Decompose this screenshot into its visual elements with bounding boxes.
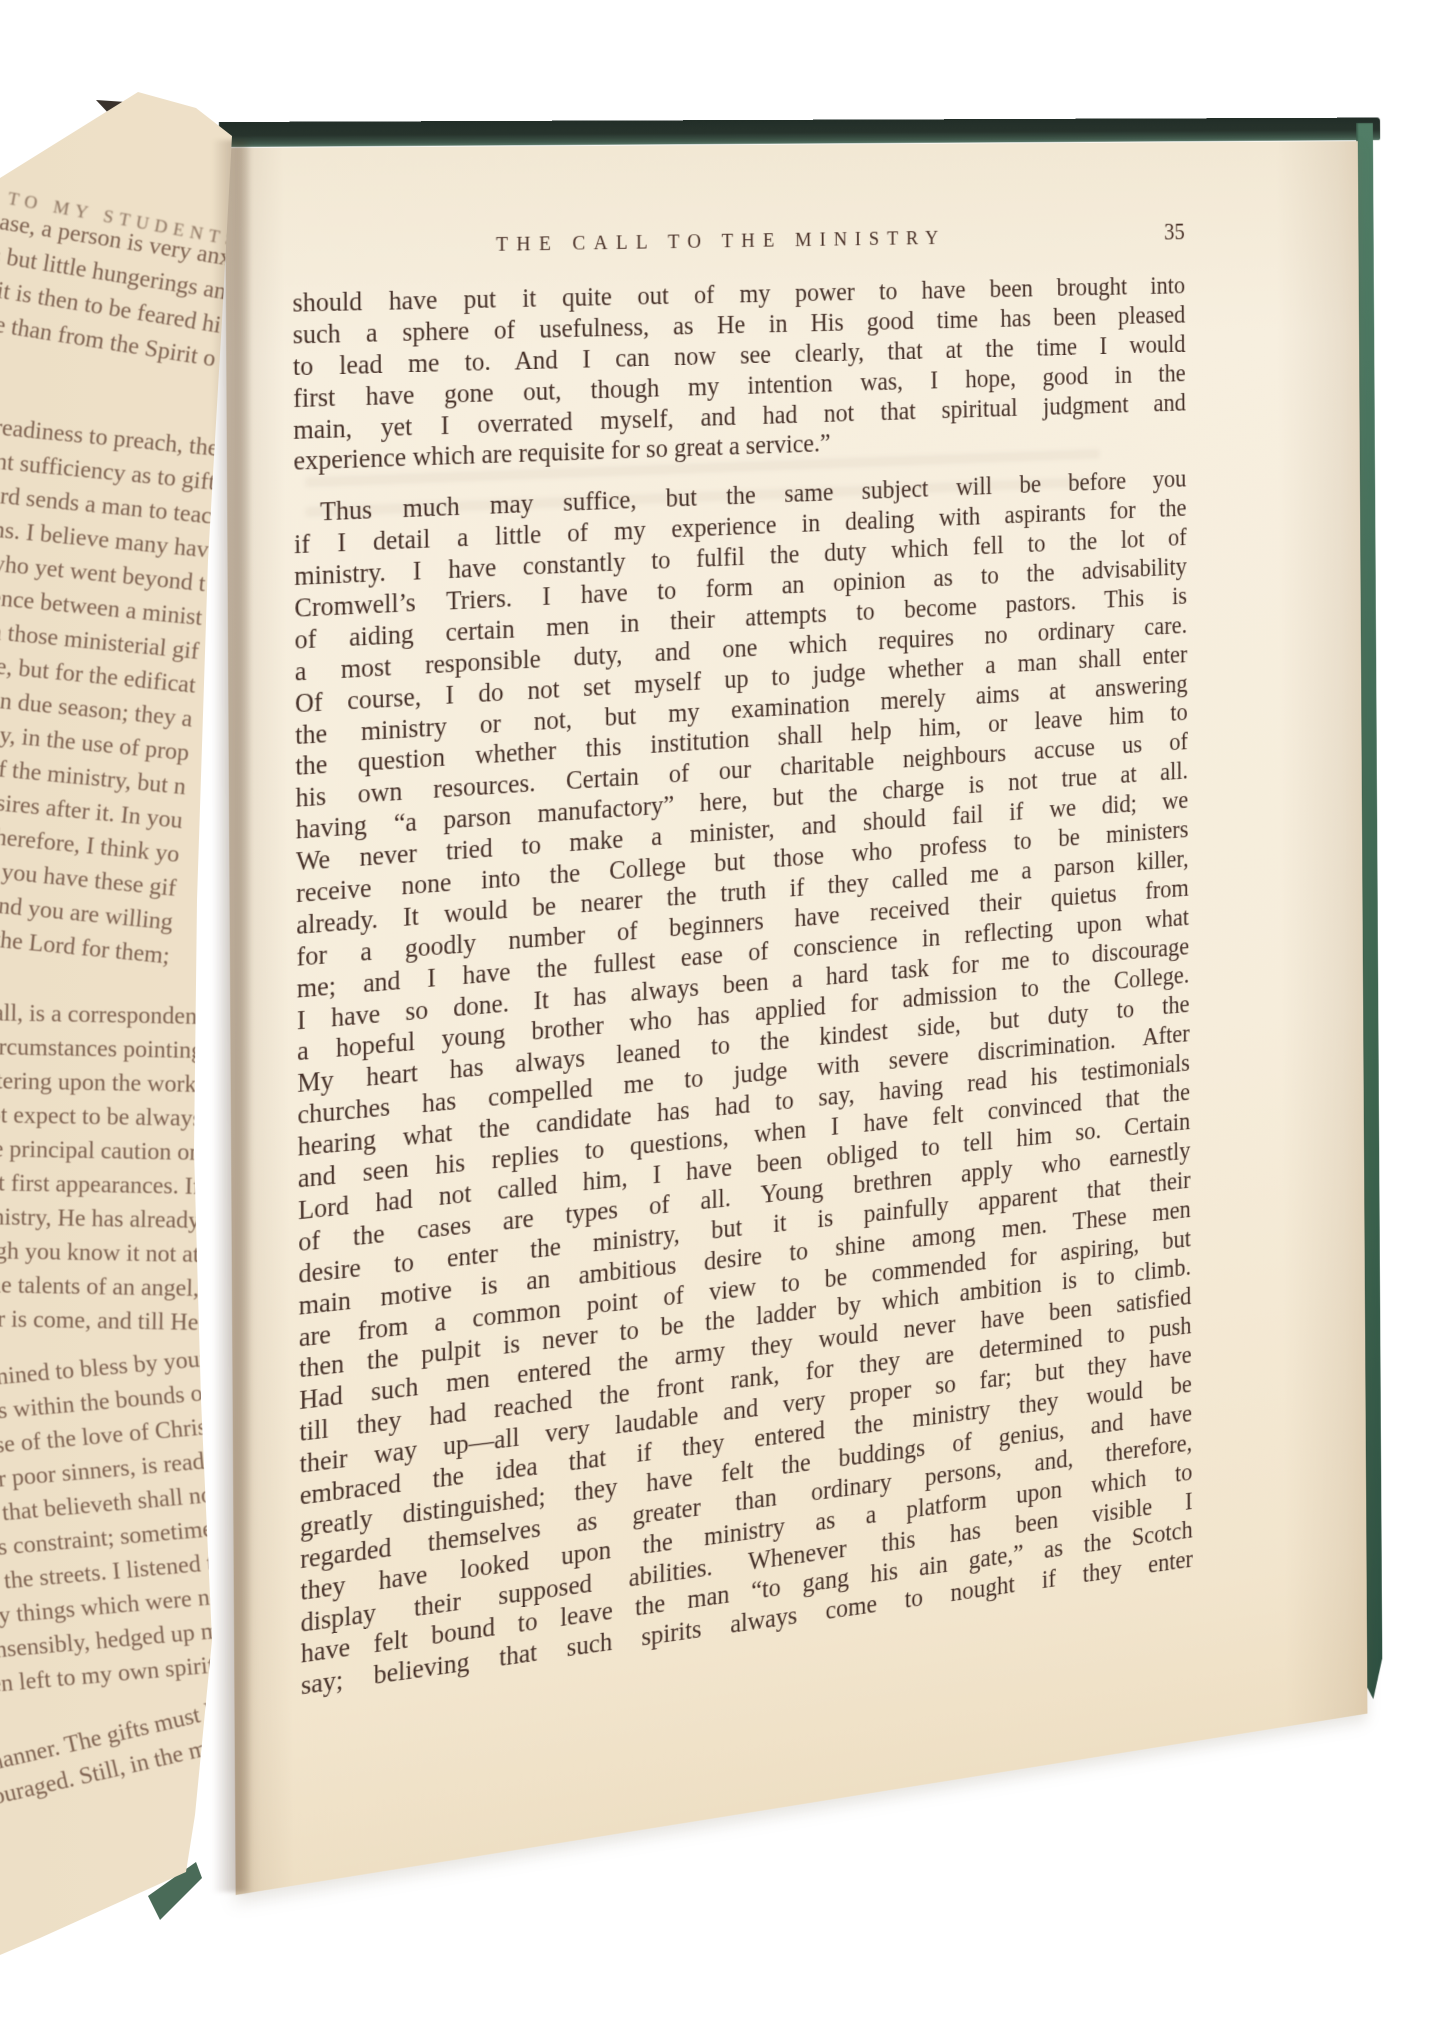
left-text-fragment-block: es a proper call, is a correspondentual … <box>0 992 204 1340</box>
left-text-fragment-block: in this manner. The gifts must bed be en… <box>0 1692 239 1864</box>
page-text-block: should have put it quite out of my power… <box>292 271 1193 1702</box>
open-book-photo: THE CALL TO THE MINISTRY 35 should have … <box>0 0 1445 2023</box>
page-number: 35 <box>1164 220 1185 246</box>
left-text-fragment-block: has determined to bless by yourn ourselv… <box>0 1342 236 1722</box>
left-text-fragment-block: desire and readiness to preach, theme co… <box>0 387 220 974</box>
paragraph: Thus much may suffice, but the same subj… <box>294 465 1193 1703</box>
text-line: es a proper call, is a correspondent <box>0 992 204 1034</box>
running-header-row: THE CALL TO THE MINISTRY 35 <box>292 223 1185 269</box>
running-header-title: THE CALL TO THE MINISTRY <box>292 223 1127 259</box>
right-page-unit: THE CALL TO THE MINISTRY 35 should have … <box>225 141 1393 1928</box>
paragraph-continuation: should have put it quite out of my power… <box>292 271 1186 478</box>
right-page: THE CALL TO THE MINISTRY 35 should have … <box>225 141 1367 1895</box>
